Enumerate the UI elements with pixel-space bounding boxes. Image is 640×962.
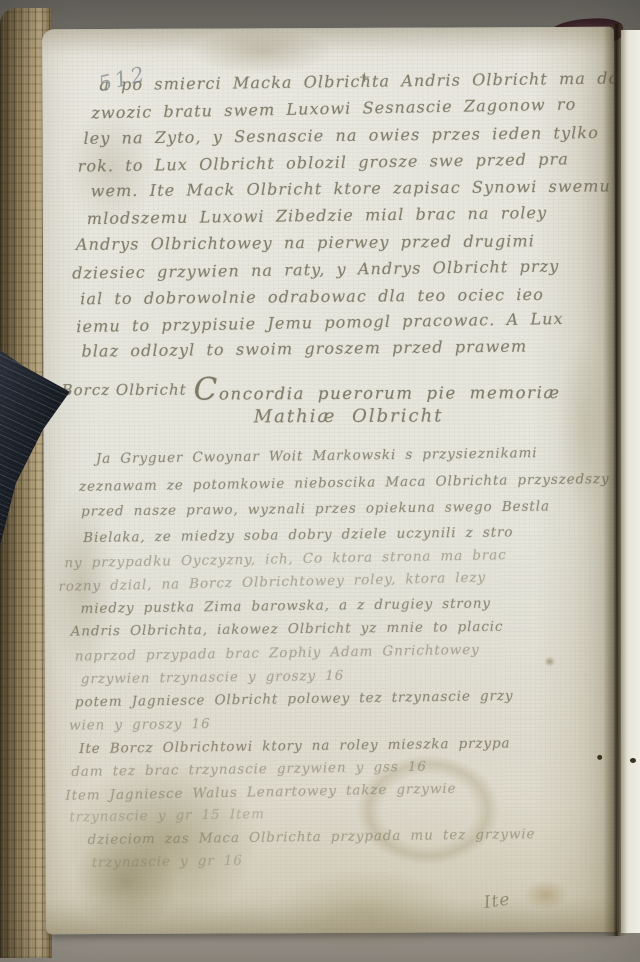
heading-party-label: Borcz Olbricht	[62, 381, 187, 400]
manuscript-page: 512 + a po smierci Macka Olbrichta Andri…	[42, 27, 618, 934]
handwriting-line: iemu to przypisuie Jemu pomogl pracowac.…	[76, 309, 564, 336]
handwriting-line: blaz odlozyl to swoim groszem przed praw…	[81, 337, 527, 361]
handwriting-line: trzynascie y gr 16	[92, 853, 243, 871]
handwriting-line: ley na Zyto, y Sesnascie na owies przes …	[83, 123, 599, 148]
handwriting-line: rozny dzial, na Borcz Olbrichtowey roley…	[58, 570, 486, 595]
handwriting-line: wem. Ite Mack Olbricht ktore zapisac Syn…	[91, 176, 611, 200]
stain	[241, 852, 491, 962]
gutter-crease	[603, 24, 627, 936]
heading-latin-title: Concordia puerorum pie memoriæ	[194, 370, 561, 408]
handwriting-line: grzywien trzynascie y groszy 16	[81, 668, 344, 687]
handwriting-line: zeznawam ze potomkowie nieboscika Maca O…	[79, 471, 610, 495]
stain	[543, 655, 557, 668]
handwriting-line: Andris Olbrichta, iakowez Olbricht yz mn…	[71, 619, 504, 640]
handwriting-line: Ite Borcz Olbrichtowi ktory na roley mie…	[79, 735, 511, 757]
handwriting-line: miedzy pustka Zima barowska, a z drugiey…	[80, 596, 491, 617]
wormhole-dot	[597, 755, 602, 760]
handwriting-line: rok. to Lux Olbricht oblozil grosze swe …	[77, 149, 569, 175]
handwriting-line: ny przypadku Oyczyzny, ich, Co ktora str…	[64, 547, 507, 571]
handwriting-line: mlodszemu Luxowi Zibedzie mial brac na r…	[87, 203, 548, 228]
wormhole-dot	[630, 758, 636, 763]
handwriting-line: potem Jagniesce Olbricht polowey tez trz…	[75, 688, 514, 711]
book-photo: 512 + a po smierci Macka Olbrichta Andri…	[0, 0, 640, 962]
handwriting-line: ial to dobrowolnie odrabowac dla teo oci…	[80, 285, 544, 308]
handwriting-line: dziesiec grzywien na raty, y Andrys Olbr…	[72, 256, 559, 282]
handwriting-line: naprzod przypada brac Zophiy Adam Gnrich…	[75, 642, 480, 665]
handwriting-line: wien y groszy 16	[69, 716, 211, 734]
handwriting-line: Andrys Olbrichtowey na pierwey przed dru…	[76, 231, 535, 254]
item-end-mark: Ite	[483, 889, 512, 913]
handwriting-line: Ja Gryguer Cwoynar Woit Markowski s przy…	[96, 445, 538, 467]
handwriting-line: trzynascie y gr 15 Item	[69, 806, 265, 825]
handwriting-line: zwozic bratu swem Luxowi Sesnascie Zagon…	[91, 95, 576, 123]
handwriting-line: Item Jagniesce Walus Lenartowey takze gr…	[65, 781, 456, 804]
handwriting-line: dzieciom zas Maca Olbrichta przypada mu …	[87, 826, 535, 848]
stain	[516, 875, 576, 915]
handwriting-line: Bielaka, ze miedzy soba dobry dziele ucz…	[83, 524, 513, 546]
heading-name-line: Mathiæ Olbricht	[254, 406, 444, 428]
handwriting-line: przed nasze prawo, wyznali przes opiekun…	[81, 498, 550, 519]
handwriting-line: a po smierci Macka Olbrichta Andris Olbr…	[99, 68, 619, 94]
handwriting-line: dam tez brac trzynascie grzywien y gss 1…	[71, 759, 427, 780]
